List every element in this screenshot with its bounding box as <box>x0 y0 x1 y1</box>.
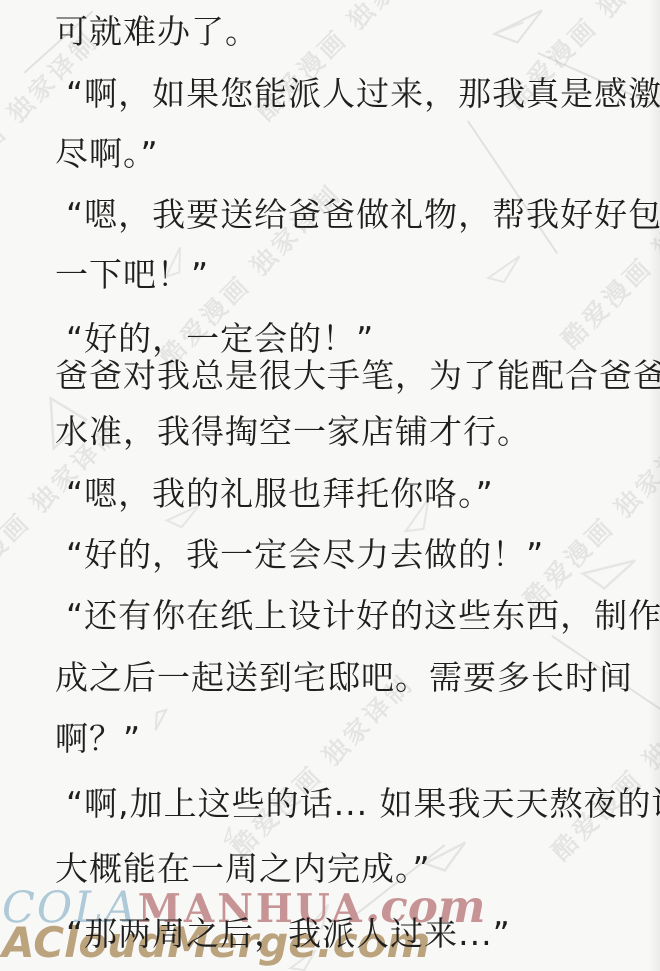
text-line: 一下吧！” <box>55 257 209 293</box>
text-line: “好的，一定会的！” <box>66 321 374 357</box>
text-line: “啊,加上这些的话... 如果我天天熬夜的话， <box>66 786 660 822</box>
text-line: 尽啊。” <box>55 136 159 172</box>
text-line: 可就难办了。 <box>55 14 259 50</box>
text-line: “啊，如果您能派人过来，那我真是感激不 <box>66 76 660 112</box>
text-line: 啊？” <box>55 721 141 757</box>
text-line: 成之后一起送到宅邸吧。需要多长时间 <box>55 660 633 696</box>
text-line: “还有你在纸上设计好的这些东西，制作完 <box>66 598 660 634</box>
text-line: “嗯，我要送给爸爸做礼物，帮我好好包装 <box>66 197 660 233</box>
text-line: 水准，我得掏空一家店铺才行。 <box>55 414 531 450</box>
text-line: “那两周之后，我派人过来...” <box>66 916 511 952</box>
text-line: “嗯，我的礼服也拜托你咯。” <box>66 476 494 512</box>
novel-text-body: 可就难办了。 “啊，如果您能派人过来，那我真是感激不 尽啊。” “嗯，我要送给爸… <box>0 0 660 971</box>
text-line: “好的，我一定会尽力去做的！” <box>66 537 544 573</box>
novel-text-page: 酷爱漫画 独家译制 酷爱漫画 独家译制 酷爱漫画 独家译制 酷爱漫画 独家译制 … <box>0 0 660 971</box>
text-line: 爸爸对我总是很大手笔，为了能配合爸爸的 <box>55 358 660 394</box>
text-line: 大概能在一周之内完成。” <box>55 851 431 887</box>
